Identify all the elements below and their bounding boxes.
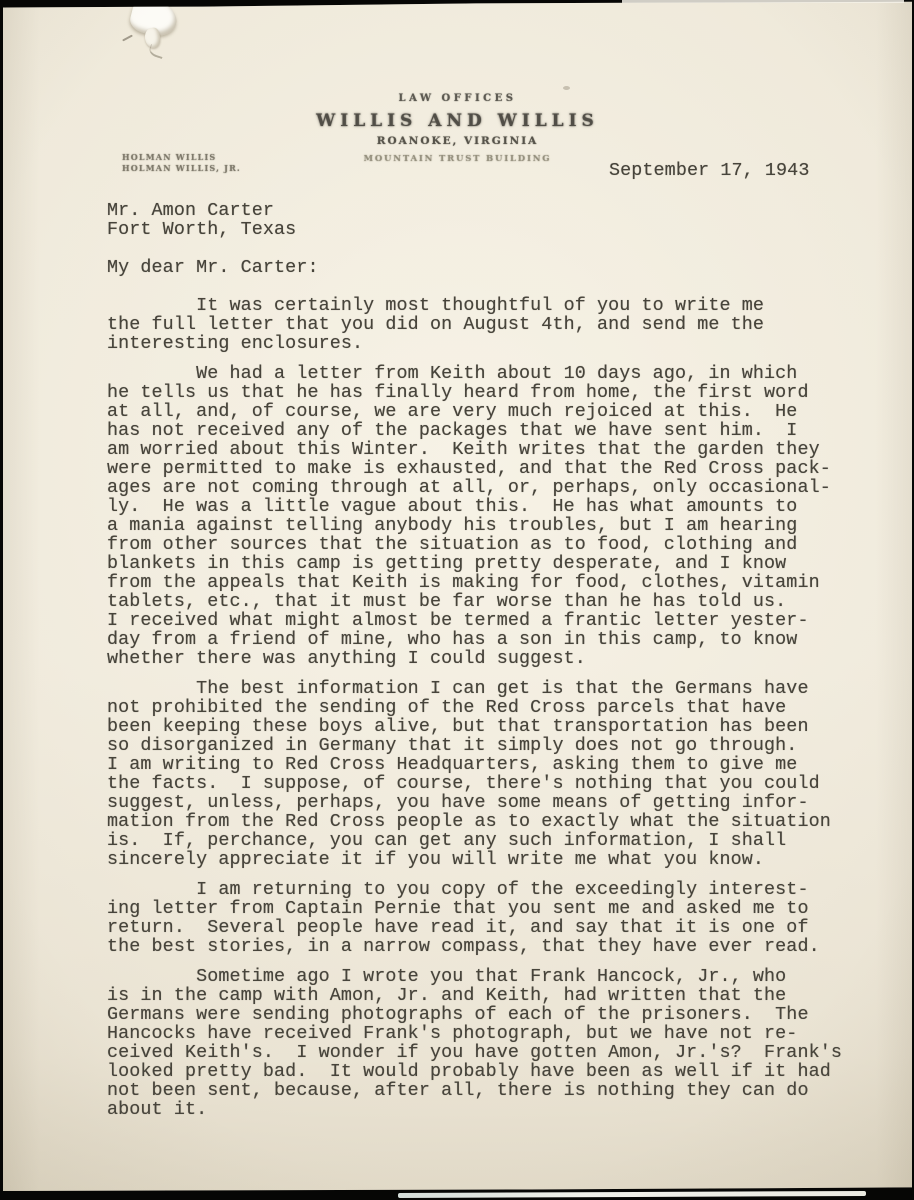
letter-body: Mr. Amon Carter Fort Worth, Texas My dea… — [107, 201, 867, 1119]
letterhead-firm-name: WILLIS AND WILLIS — [3, 111, 912, 131]
paragraph-4: I am returning to you copy of the exceed… — [107, 880, 867, 956]
letter-paper: LAW OFFICES WILLIS AND WILLIS ROANOKE, V… — [3, 0, 912, 1200]
letter-date: September 17, 1943 — [609, 161, 809, 180]
letterhead-office-line: LAW OFFICES — [3, 93, 912, 104]
scanned-letter: LAW OFFICES WILLIS AND WILLIS ROANOKE, V… — [0, 0, 914, 1200]
paragraph-1: It was certainly most thoughtful of you … — [107, 296, 867, 353]
letterhead-city-line: ROANOKE, VIRGINIA — [3, 135, 912, 147]
ink-speck — [563, 86, 570, 90]
paragraph-3: The best information I can get is that t… — [107, 679, 867, 869]
pencil-mark — [122, 35, 133, 42]
paragraph-5: Sometime ago I wrote you that Frank Hanc… — [107, 967, 867, 1119]
paragraph-2: We had a letter from Keith about 10 days… — [107, 364, 867, 668]
scan-edge-sliver-bottom — [398, 1191, 866, 1198]
scan-edge-sliver-top — [622, 0, 904, 3]
letterhead-attorney-names: HOLMAN WILLIS HOLMAN WILLIS, JR. — [122, 152, 241, 174]
salutation: My dear Mr. Carter: — [107, 258, 867, 277]
recipient-address: Mr. Amon Carter Fort Worth, Texas — [107, 201, 867, 239]
pencil-scribble — [148, 44, 166, 59]
